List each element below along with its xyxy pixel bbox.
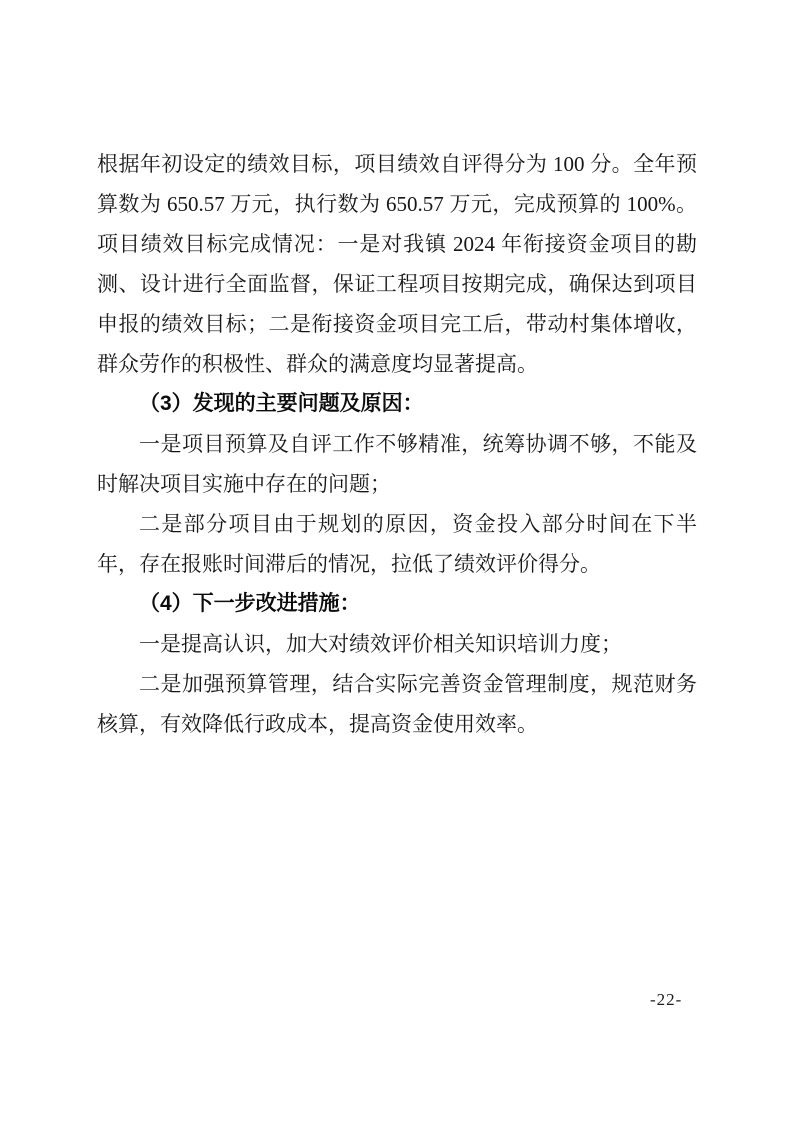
- text-line: 二是部分项目由于规划的原因，资金投入部分时间在下半: [97, 504, 697, 544]
- text-line: 二是加强预算管理，结合实际完善资金管理制度，规范财务: [97, 664, 697, 704]
- text-line: 年，存在报账时间滞后的情况，拉低了绩效评价得分。: [97, 544, 697, 584]
- text-line: 测、设计进行全面监督，保证工程项目按期完成，确保达到项目: [97, 264, 697, 304]
- section-heading: （3）发现的主要问题及原因：: [97, 384, 697, 424]
- document-page: 根据年初设定的绩效目标，项目绩效自评得分为 100 分。全年预算数为 650.5…: [0, 0, 793, 1122]
- section-heading: （4）下一步改进措施：: [97, 584, 697, 624]
- text-line: 一是提高认识，加大对绩效评价相关知识培训力度；: [97, 624, 697, 664]
- text-line: 项目绩效目标完成情况：一是对我镇 2024 年衔接资金项目的勘: [97, 224, 697, 264]
- text-line: 群众劳作的积极性、群众的满意度均显著提高。: [97, 344, 697, 384]
- text-line: 核算，有效降低行政成本，提高资金使用效率。: [97, 704, 697, 744]
- text-line: 一是项目预算及自评工作不够精准，统筹协调不够，不能及: [97, 424, 697, 464]
- page-number: -22-: [650, 989, 682, 1011]
- text-line: 算数为 650.57 万元，执行数为 650.57 万元，完成预算的 100%。: [97, 184, 697, 224]
- text-line: 时解决项目实施中存在的问题；: [97, 464, 697, 504]
- text-line: 根据年初设定的绩效目标，项目绩效自评得分为 100 分。全年预: [97, 144, 697, 184]
- text-line: 申报的绩效目标；二是衔接资金项目完工后，带动村集体增收，: [97, 304, 697, 344]
- text-block: 根据年初设定的绩效目标，项目绩效自评得分为 100 分。全年预算数为 650.5…: [97, 144, 697, 744]
